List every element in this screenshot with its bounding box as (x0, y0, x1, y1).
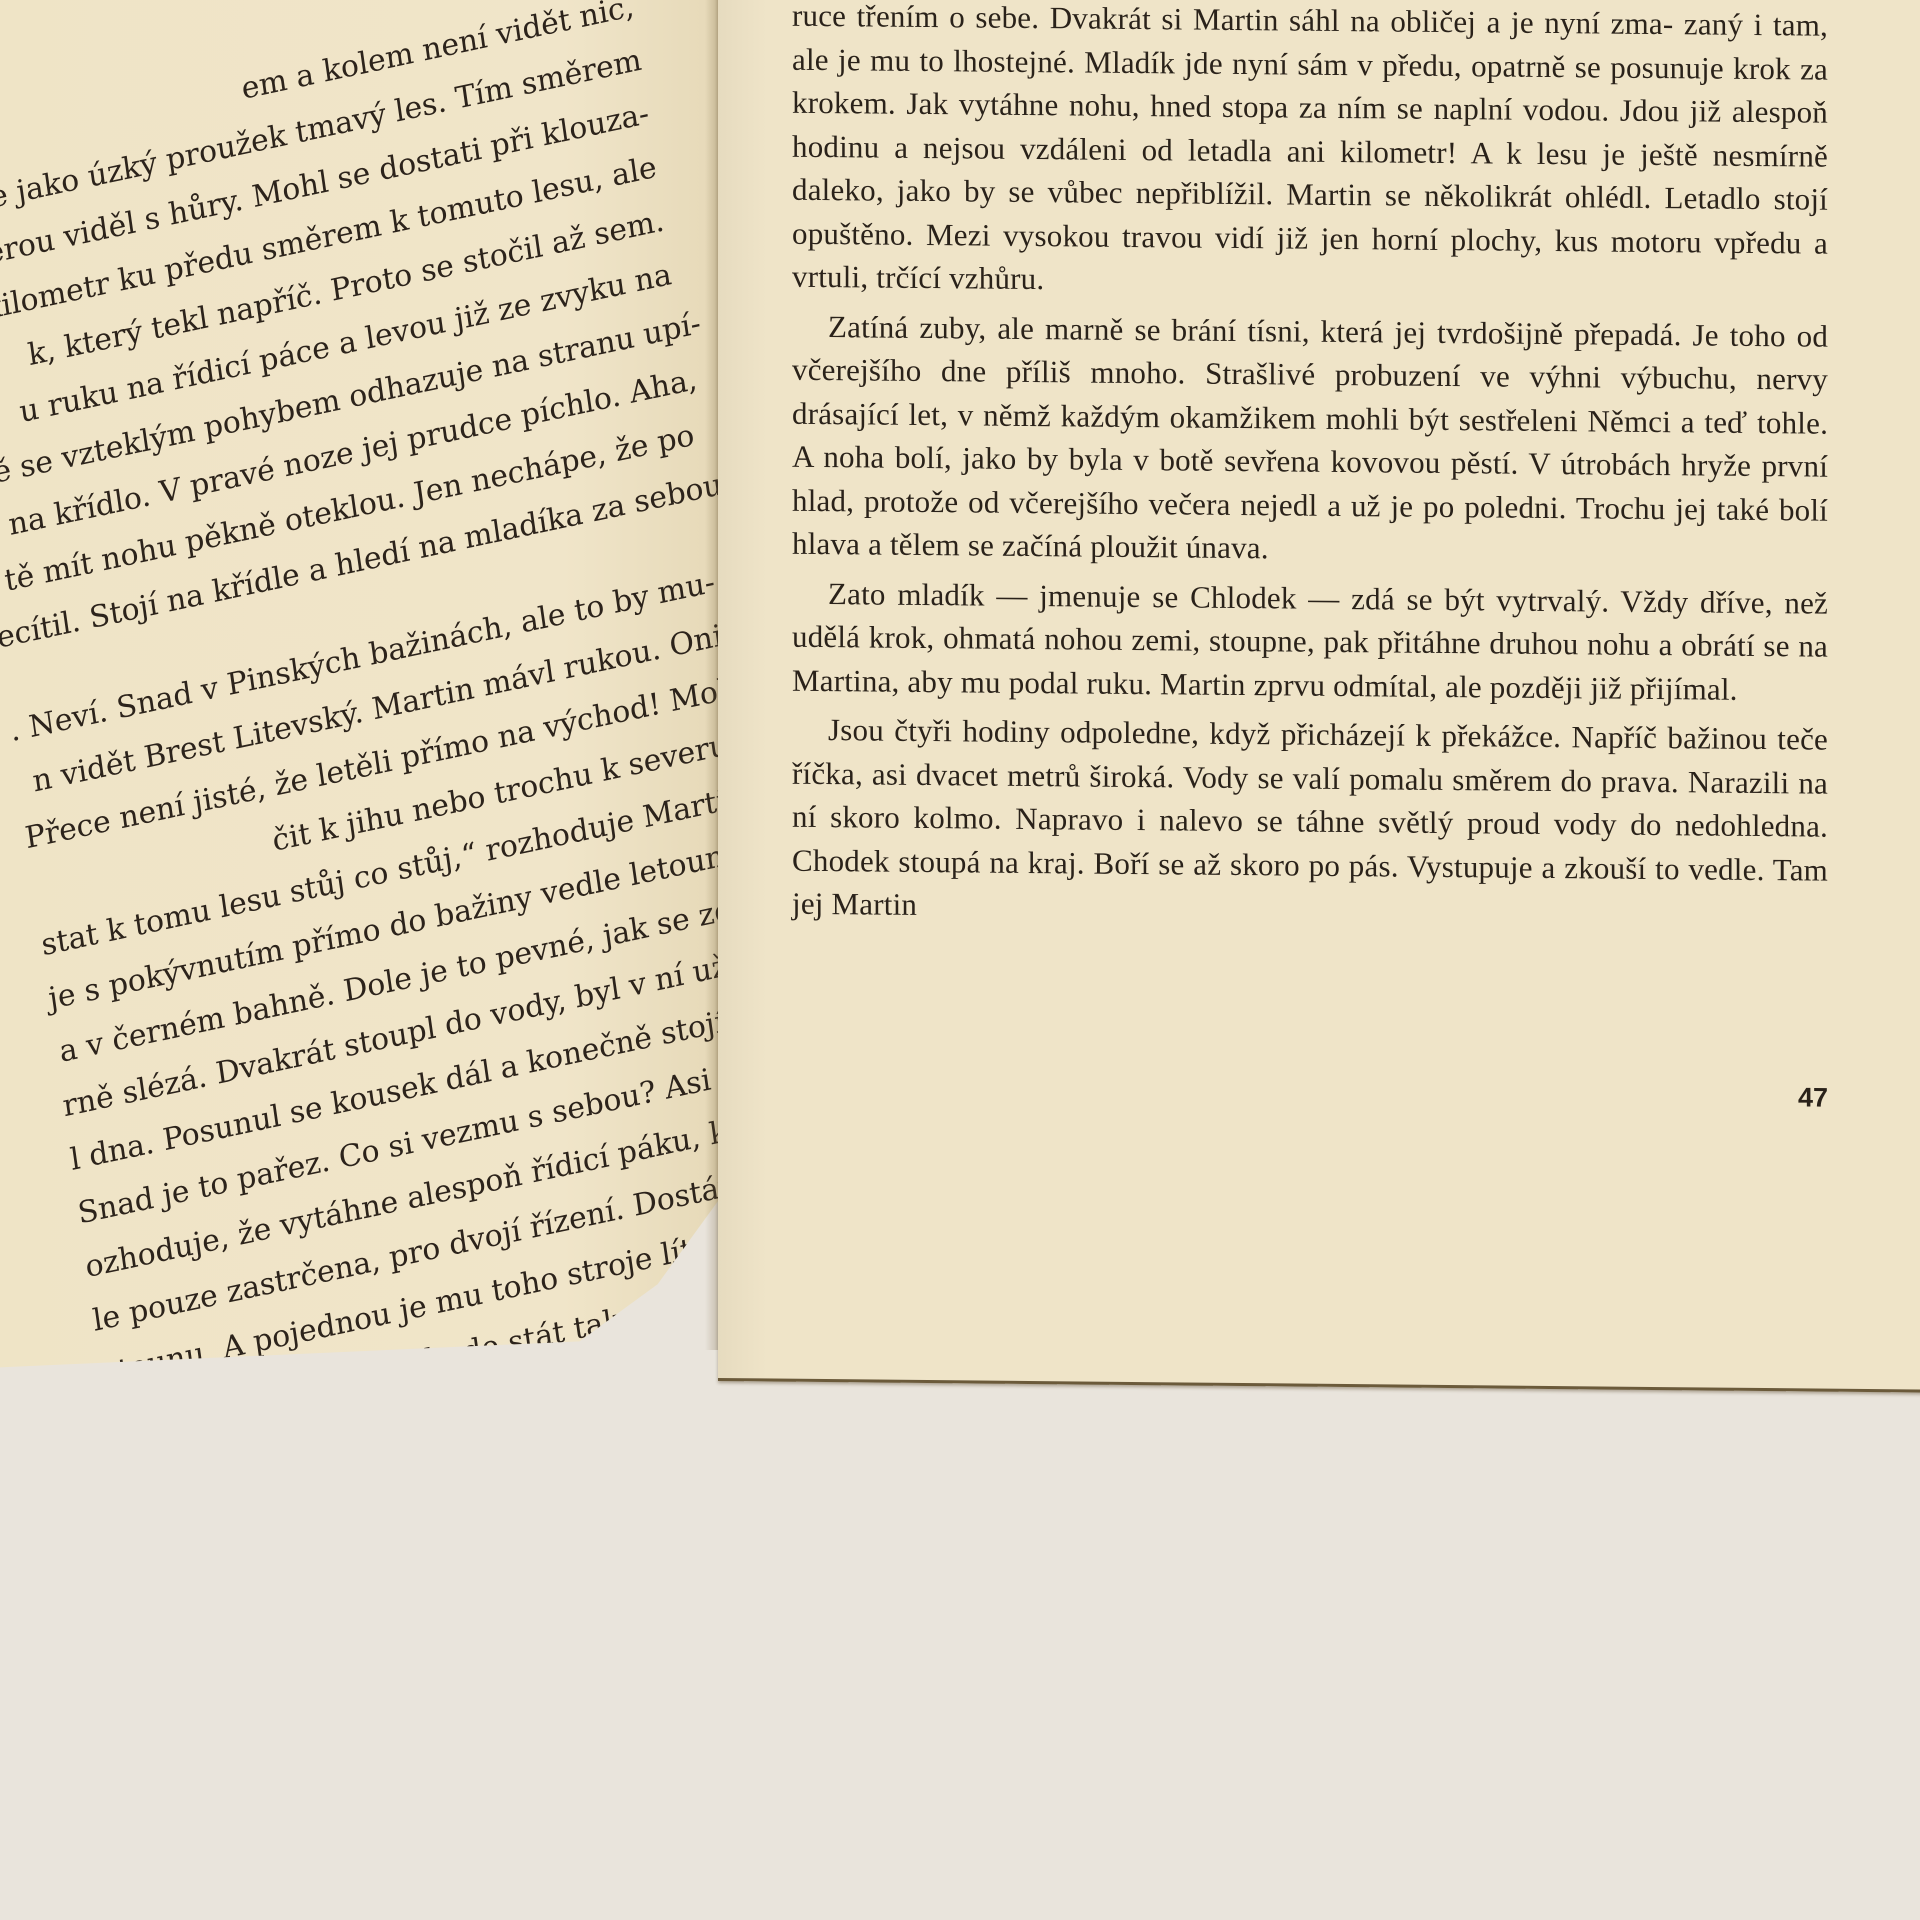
right-page: ruce třením o sebe. Dvakrát si Martin sá… (718, 0, 1920, 1393)
paragraph: Zato mladík — jmenuje se Chlodek — zdá s… (792, 571, 1828, 711)
paragraph: Zatíná zuby, ale marně se brání tísni, k… (792, 304, 1828, 575)
right-page-text: ruce třením o sebe. Dvakrát si Martin sá… (792, 0, 1828, 935)
page-number: 47 (1798, 1082, 1828, 1113)
left-page: em a kolem není vidět nic, e jako úzký p… (0, 0, 720, 1370)
paragraph: ruce třením o sebe. Dvakrát si Martin sá… (792, 0, 1828, 308)
paragraph: Jsou čtyři hodiny odpoledne, když přichá… (792, 708, 1828, 935)
